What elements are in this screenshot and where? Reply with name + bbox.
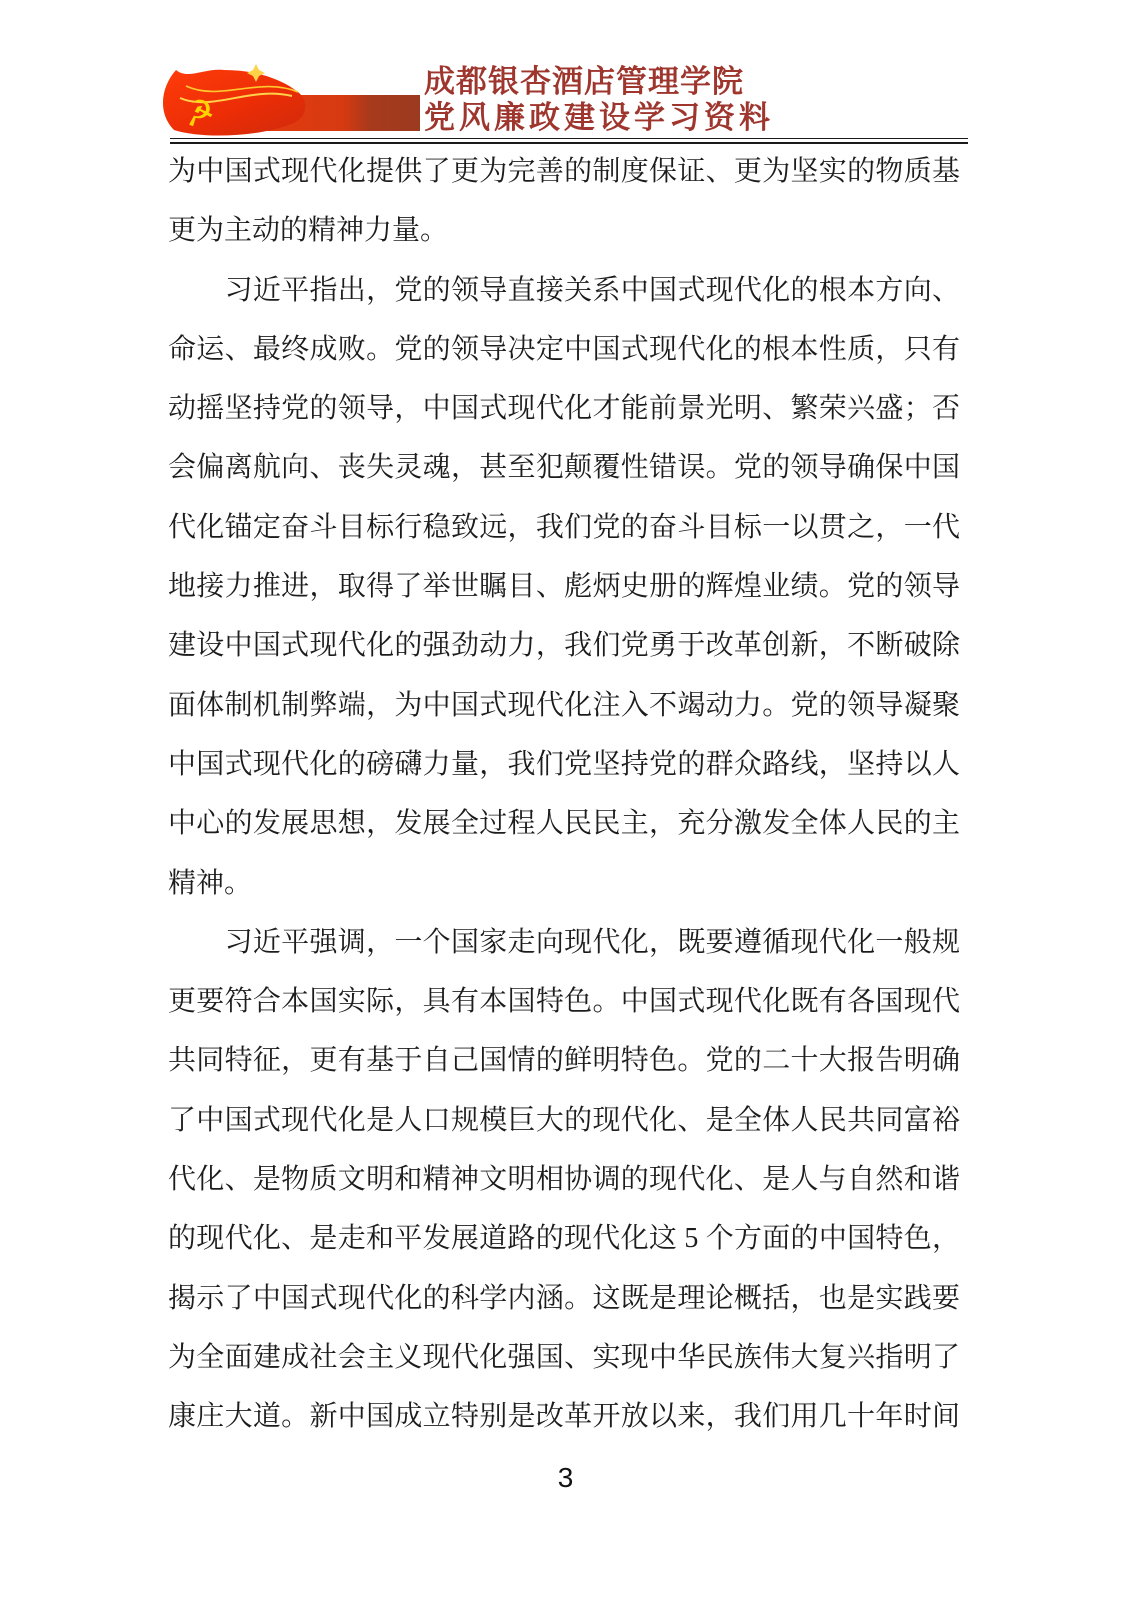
text-line: 建设中国式现代化的强劲动力，我们党勇于改革创新，不断破除各方 xyxy=(168,616,960,675)
text-line: 中国式现代化的磅礴力量，我们党坚持党的群众路线，坚持以人民为 xyxy=(168,735,960,794)
party-flag-logo: ☭ xyxy=(158,64,420,138)
text-line: 习近平指出，党的领导直接关系中国式现代化的根本方向、前途 xyxy=(168,261,960,320)
text-line: 更为主动的精神力量。 xyxy=(168,201,960,260)
text-line: 中心的发展思想，发展全过程人民民主，充分激发全体人民的主人翁 xyxy=(168,794,960,853)
text-line: 揭示了中国式现代化的科学内涵。这既是理论概括，也是实践要求， xyxy=(168,1269,960,1328)
document-page: ☭ 成都银杏酒店管理学院 党风廉政建设学习资料 为中国式现代化提供了更为完善的制… xyxy=(0,0,1131,1600)
document-series-title: 党风廉政建设学习资料 xyxy=(424,100,824,136)
text-line: 地接力推进，取得了举世瞩目、彪炳史册的辉煌业绩。党的领导激发 xyxy=(168,557,960,616)
text-line: 面体制机制弊端，为中国式现代化注入不竭动力。党的领导凝聚建设 xyxy=(168,676,960,735)
text-line: 更要符合本国实际，具有本国特色。中国式现代化既有各国现代化的 xyxy=(168,972,960,1031)
text-line: 精神。 xyxy=(168,854,960,913)
text-line: 代化、是物质文明和精神文明相协调的现代化、是人与自然和谐共生 xyxy=(168,1150,960,1209)
institution-name: 成都银杏酒店管理学院 xyxy=(424,64,824,100)
text-line: 康庄大道。新中国成立特别是改革开放以来，我们用几十年时间走完 xyxy=(168,1387,960,1446)
header-title-block: 成都银杏酒店管理学院 党风廉政建设学习资料 xyxy=(424,64,824,136)
text-line: 命运、最终成败。党的领导决定中国式现代化的根本性质，只有毫不 xyxy=(168,320,960,379)
document-body: 为中国式现代化提供了更为完善的制度保证、更为坚实的物质基础、 更为主动的精神力量… xyxy=(168,142,960,1447)
text-line: 共同特征，更有基于自己国情的鲜明特色。党的二十大报告明确概括 xyxy=(168,1031,960,1090)
text-line: 习近平强调，一个国家走向现代化，既要遵循现代化一般规律， xyxy=(168,913,960,972)
text-line: 的现代化、是走和平发展道路的现代化这 5 个方面的中国特色，深刻 xyxy=(168,1209,960,1268)
text-line: 为中国式现代化提供了更为完善的制度保证、更为坚实的物质基础、 xyxy=(168,142,960,201)
page-number: 3 xyxy=(0,1462,1131,1494)
text-line: 动摇坚持党的领导，中国式现代化才能前景光明、繁荣兴盛；否则就 xyxy=(168,379,960,438)
text-line: 了中国式现代化是人口规模巨大的现代化、是全体人民共同富裕的现 xyxy=(168,1091,960,1150)
text-line: 为全面建成社会主义现代化强国、实现中华民族伟大复兴指明了一条 xyxy=(168,1328,960,1387)
text-line: 会偏离航向、丧失灵魂，甚至犯颠覆性错误。党的领导确保中国式现 xyxy=(168,438,960,497)
text-line: 代化锚定奋斗目标行稳致远，我们党的奋斗目标一以贯之，一代一代 xyxy=(168,498,960,557)
